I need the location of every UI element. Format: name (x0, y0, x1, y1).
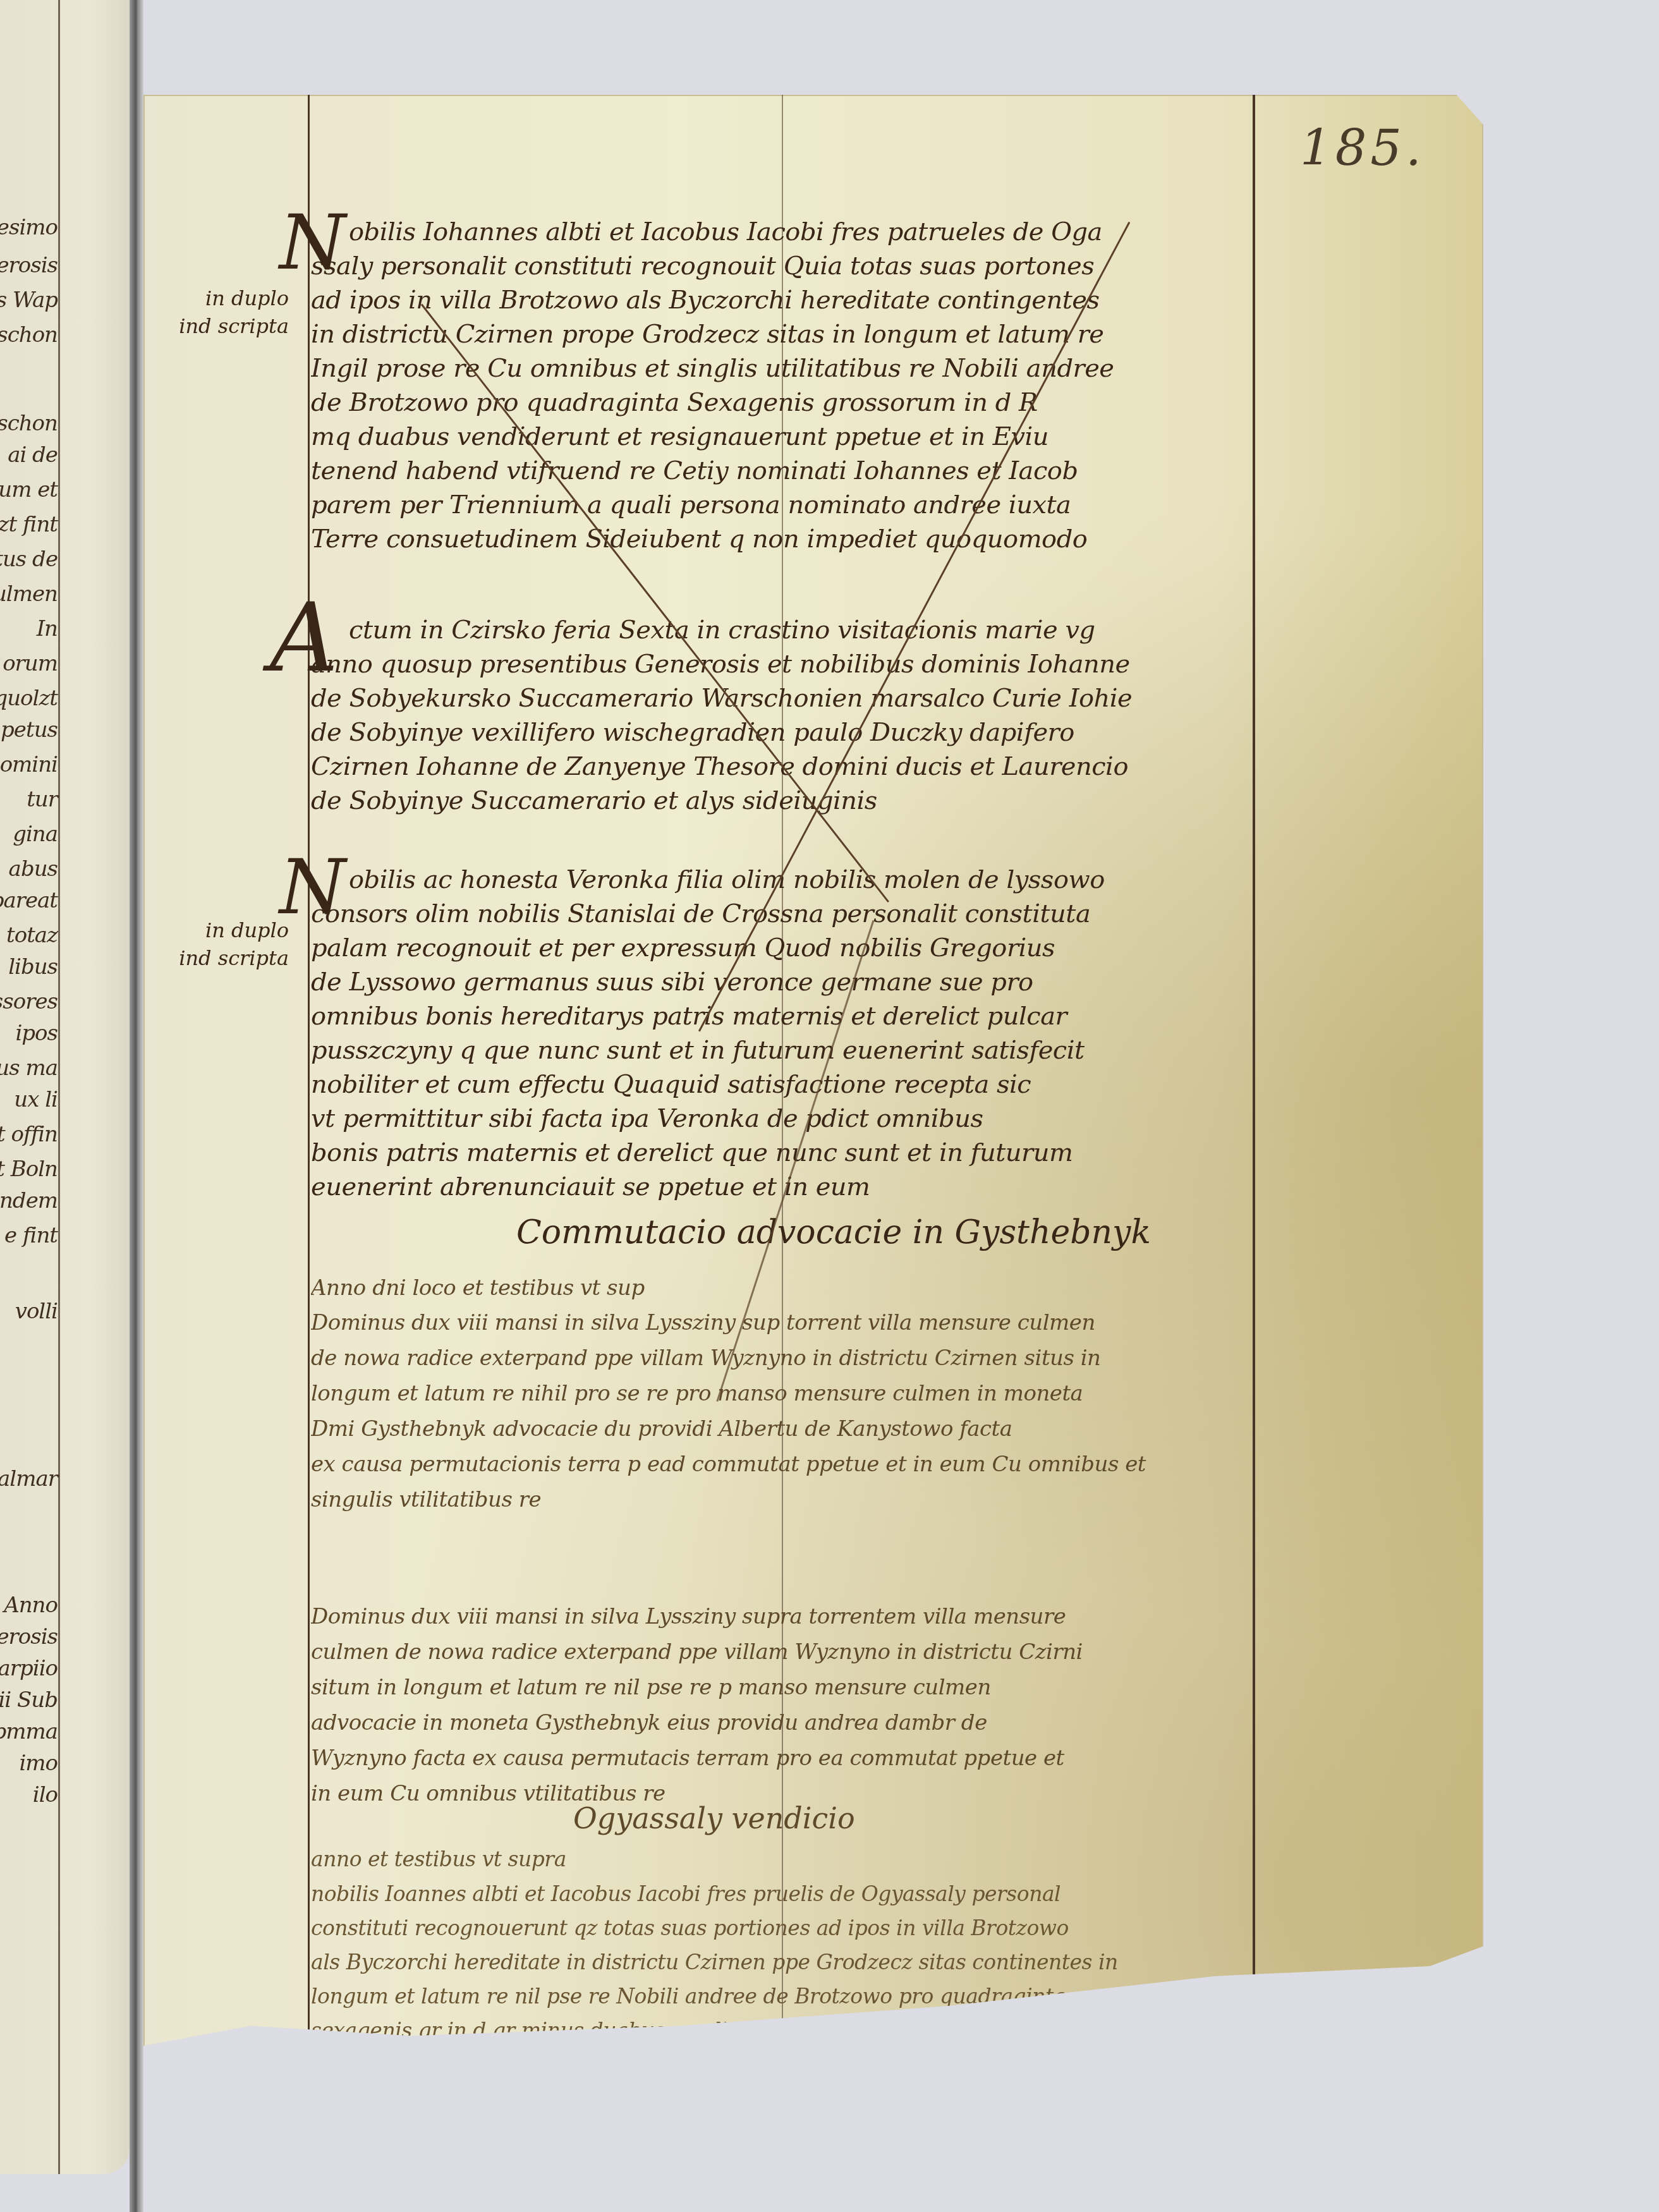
text-line: annes et Iacobus pare p triennium a qual… (311, 2082, 1272, 2116)
facing-left-page: millesimogenerosisnobis WapWarsschonpars… (0, 0, 130, 2174)
margin-note-line: in duplo (143, 284, 289, 312)
left-page-fragment: ii Sub (0, 1687, 58, 1713)
text-line: Wyznyno facta ex causa permutacis terram… (311, 1741, 1272, 1776)
section-2-paragraph-a: Dominus dux viii mansi in silva Lyssziny… (311, 1305, 1272, 1517)
left-page-fragment: orum (3, 651, 58, 676)
text-line: mq duabus vendiderunt et resignauerunt p… (311, 420, 1272, 454)
section-3-paragraph: nobilis Ioannes albti et Iacobus Iacobi … (311, 1877, 1272, 2150)
left-page-fragment: us ma (0, 1055, 58, 1081)
text-line: parem per Triennium a quali persona nomi… (311, 488, 1272, 522)
text-line: ssaly personalit constituti recognouit Q… (311, 249, 1272, 283)
left-page-fragment: generosis (0, 253, 58, 278)
book-spine-gutter (130, 0, 143, 2212)
left-page-fragment: asspalmar (0, 1466, 58, 1492)
margin-note-line: ind scripta (143, 944, 289, 972)
left-page-fragment: e culmen (0, 581, 58, 607)
section-2-date-line: Anno dni loco et testibus vt sup (311, 1270, 1272, 1306)
text-line: anno quosup presentibus Generosis et nob… (311, 647, 1272, 681)
text-line: omnibus bonis hereditarys patris materni… (311, 999, 1272, 1033)
entry-1-text: obilis Iohannes albti et Iacobus Iacobi … (311, 215, 1272, 556)
text-line: et in eum Cu omnibus et singulis re tene… (311, 2048, 1272, 2082)
section-heading-commutacio: Commutacio advocacie in Gysthebnyk (516, 1213, 1151, 1251)
text-line: nobilis Ioannes albti et Iacobus Iacobi … (311, 1877, 1272, 1911)
text-line: longum et latum re nil pse re Nobili and… (311, 1979, 1272, 2014)
left-page-fragment: ux li (14, 1087, 58, 1112)
text-line: de nowa radice exterpand ppe villam Wyzn… (311, 1340, 1272, 1376)
left-page-fragment: um et (0, 477, 58, 502)
left-page-fragment: libus (8, 954, 58, 980)
text-line: advocacie in moneta Gysthebnyk eius prov… (311, 1705, 1272, 1741)
text-line: de Lyssowo germanus suus sibi veronce ge… (311, 965, 1272, 999)
left-page-fragment: ai de (8, 442, 58, 468)
left-page-fragment: subpmma (0, 1719, 58, 1744)
section-heading-ogyassaly: Ogyassaly vendicio (573, 1801, 855, 1835)
text-line: palam recognouit et per expressum Quod n… (311, 931, 1272, 965)
margin-note-2: in duplo ind scripta (143, 916, 289, 972)
left-page-fragment: ondem (0, 1188, 58, 1213)
left-page-fragment: nisi totaz (0, 923, 58, 948)
left-page-fragment: Anno (4, 1593, 58, 1618)
left-page-fragment: ilo (33, 1782, 58, 1808)
left-page-margin-rule (58, 0, 60, 2174)
text-line: singulis vtilitatibus re (311, 1482, 1272, 1517)
left-page-fragment: imo (19, 1751, 58, 1776)
left-page-fragment: Warsschon (0, 322, 58, 348)
entry-2-text: ctum in Czirsko feria Sexta in crastino … (311, 613, 1272, 818)
margin-note-1: in duplo ind scripta (143, 284, 289, 340)
text-line: Ingil prose re Cu omnibus et singlis uti… (311, 351, 1272, 386)
left-page-fragment: nobis Wap (0, 288, 58, 313)
text-line: de Sobyinye vexillifero wischegradien pa… (311, 715, 1272, 750)
text-line: Dominus dux viii mansi in silva Lyssziny… (311, 1599, 1272, 1634)
left-page-fragment: parsschon (0, 411, 58, 436)
section-3-date-line: anno et testibus vt supra (311, 1842, 1272, 1876)
left-page-fragment: abus (9, 856, 58, 882)
left-page-fragment: essores (0, 989, 58, 1014)
text-line: constituti recognouerunt qz totas suas p… (311, 1911, 1272, 1945)
text-line: culmen de nowa radice exterpand ppe vill… (311, 1634, 1272, 1670)
text-line: de Brotzowo pro quadraginta Sexagenis gr… (311, 386, 1272, 420)
text-line: pusszczyny q que nunc sunt et in futurum… (311, 1033, 1272, 1067)
left-page-fragment: tur (27, 787, 58, 812)
left-page-fragment: millesimo (0, 215, 58, 240)
left-page-fragment: ipos (15, 1021, 58, 1046)
text-line: ex causa permutacionis terra p ead commu… (311, 1447, 1272, 1482)
text-line: longum et latum re nihil pro se re pro m… (311, 1376, 1272, 1411)
text-line: ctum in Czirsko feria Sexta in crastino … (311, 613, 1272, 647)
text-line: vt permittitur sibi facta ipa Veronka de… (311, 1102, 1272, 1136)
left-page-fragment: it Boln (0, 1157, 58, 1182)
left-page-fragment: petus (1, 717, 58, 743)
text-line: Terre consuetudinem Sideiubent q non imp… (311, 522, 1272, 556)
left-page-fragment: tus de (0, 547, 58, 572)
text-line: Dmi Gysthebnyk advocacie du providi Albe… (311, 1411, 1272, 1447)
text-line: Anno dni loco et testibus vt sup (311, 1270, 1272, 1306)
left-page-fragment: domini (0, 752, 58, 777)
text-line: sexagenis gr in d gr minus duabus vendid… (311, 2014, 1272, 2048)
text-line: obilis Iohannes albti et Iacobus Iacobi … (311, 215, 1272, 249)
left-page-fragment: olzt fint (0, 512, 58, 537)
text-line: anno et testibus vt supra (311, 1842, 1272, 1876)
text-line: Dominus dux viii mansi in silva Lyssziny… (311, 1305, 1272, 1340)
left-page-fragment: erosis (0, 1624, 58, 1650)
left-page-fragment: o pareat (0, 888, 58, 913)
left-page-fragment: t offin (0, 1122, 58, 1147)
text-line: de Sobyekursko Succamerario Warschonien … (311, 681, 1272, 715)
text-line: tenend habend vtifruend re Cetiy nominat… (311, 454, 1272, 488)
text-line: als Byczorchi hereditate in districtu Cz… (311, 1945, 1272, 1979)
left-page-fragment: volli (15, 1299, 58, 1324)
text-line: bonis patris maternis et derelict que nu… (311, 1136, 1272, 1170)
text-line: situm in longum et latum re nil pse re p… (311, 1670, 1272, 1705)
section-2-paragraph-b: Dominus dux viii mansi in silva Lyssziny… (311, 1599, 1272, 1811)
entry-3-text: obilis ac honesta Veronka filia olim nob… (311, 863, 1272, 1204)
left-page-fragment: gina (13, 822, 58, 847)
text-line: obilis ac honesta Veronka filia olim nob… (311, 863, 1272, 897)
text-line: de Sobyinye Succamerario et alys sideiug… (311, 784, 1272, 818)
margin-note-line: ind scripta (143, 312, 289, 340)
text-line: consors olim nobilis Stanislai de Crossn… (311, 897, 1272, 931)
margin-note-line: in duplo (143, 916, 289, 944)
left-margin-rule (308, 95, 310, 2086)
text-line: nobiliter et cum effectu Quaquid satisfa… (311, 1067, 1272, 1102)
folio-number: 185. (1300, 120, 1425, 177)
text-line: ad ipos in villa Brotzowo als Byczorchi … (311, 283, 1272, 317)
left-page-fragment: In (37, 616, 58, 641)
text-line: iuxta terre consuetudinem fideiubent q r… (311, 2116, 1272, 2150)
left-page-fragment: arpiio (0, 1656, 58, 1681)
manuscript-page: 185. in duplo ind scripta in duplo ind s… (143, 95, 1483, 2086)
left-page-fragment: quolzt (0, 686, 58, 711)
left-page-fragment: e fint (4, 1223, 58, 1248)
